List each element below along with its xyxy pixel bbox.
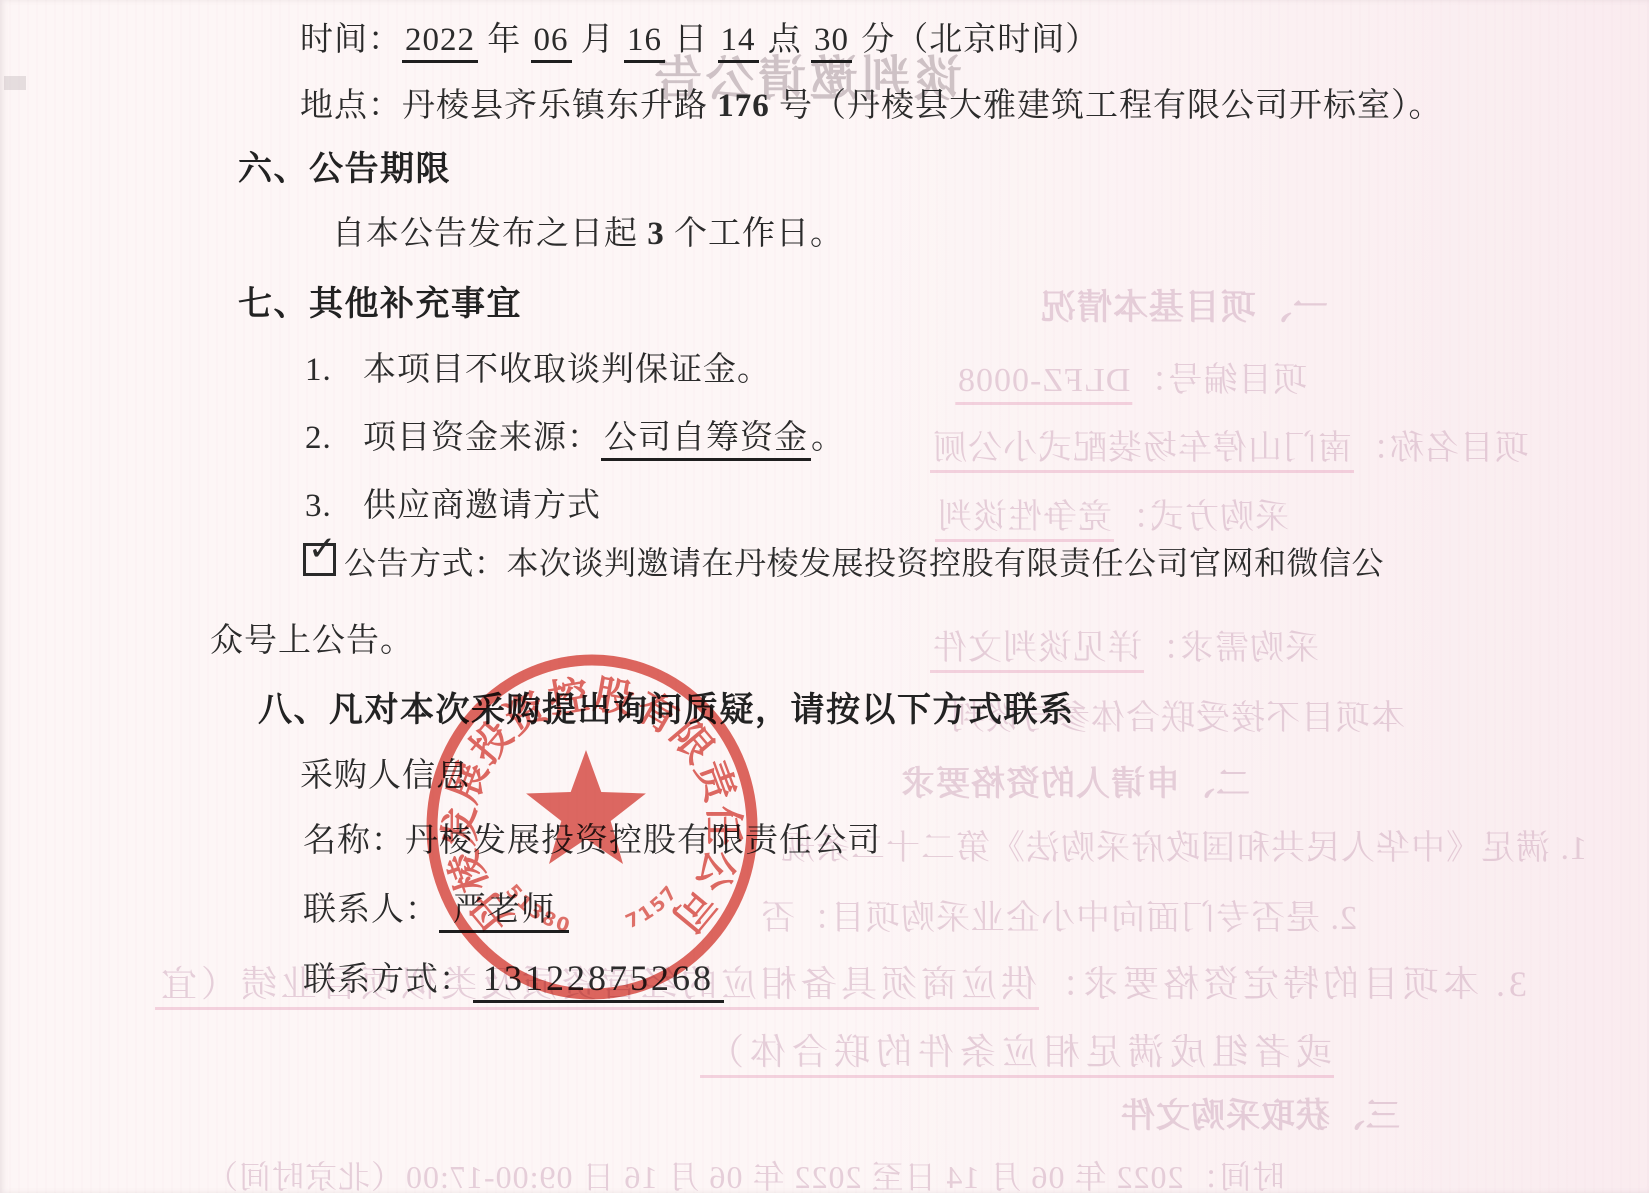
bleed-underlined-text: 南门山停车场装配式小公厕 — [930, 430, 1354, 473]
bleed-text: 一、项目基本情况 — [1040, 288, 1328, 327]
time-minute: 30 — [811, 22, 852, 63]
bleed-text: 三、获取采购文件 — [1120, 1097, 1400, 1135]
seal-serial-right: 7157 — [622, 880, 683, 933]
heading-section-7: 七、其他补充事宜 — [238, 285, 522, 324]
heading-section-8: 八、凡对本次采购提出询问质疑，请按以下方式联系 — [258, 691, 1075, 730]
period-text: 自本公告发布之日起 — [332, 216, 647, 252]
bleed-text: 2. 是否专门面向中小企业采购项目：否 — [760, 900, 1357, 937]
bleed-underlined-text: 详见谈判文件 — [930, 630, 1144, 673]
buyer-name-line: 名称：丹棱发展投资控股有限责任公司 — [303, 823, 881, 861]
item-text: 项目资金来源： — [363, 420, 601, 456]
bleedthrough-row: 三、获取采购文件 — [1120, 1088, 1400, 1137]
bleedthrough-row: 采购需求：详见谈判文件 — [930, 620, 1319, 669]
checked-checkbox-icon: ✓ — [303, 543, 336, 576]
bleed-text: （北京时间） — [205, 1159, 403, 1193]
notice-period-line: 自本公告发布之日起 3 个工作日。 — [332, 216, 844, 254]
time-year: 2022 — [402, 22, 478, 63]
item-number: 1. — [305, 352, 363, 390]
bleedthrough-row: 项目名称：南门山停车场装配式小公厕 — [930, 420, 1529, 469]
bleedthrough-row: 时间：2022 年 06 月 14 日至 2022 年 06 月 16 日 09… — [205, 1152, 1284, 1193]
bleed-underlined-text: DLFZ-0008 — [955, 362, 1132, 405]
bleed-text: 二、申请人的资格要求 — [900, 765, 1250, 803]
time-line: 时间：2022 年 06 月 16 日 14 点 30 分（北京时间） — [300, 22, 1099, 60]
phone-value: 13122875268 — [473, 958, 724, 1003]
period-number: 3 — [647, 216, 665, 252]
scan-artifact — [4, 76, 26, 90]
svg-text:7157: 7157 — [622, 880, 683, 933]
bleed-text: 采购方式： — [1114, 499, 1289, 536]
time-tail: 分（北京时间） — [852, 22, 1099, 58]
bleedthrough-row: 2. 是否专门面向中小企业采购项目：否 — [760, 890, 1357, 939]
contact-person-line: 联系人：严老师 — [303, 892, 569, 930]
contact-phone-line: 联系方式：13122875268 — [303, 958, 724, 1000]
item-number: 2. — [305, 420, 363, 458]
scanned-document-page: 谈判邀请公告 一、项目基本情况 项目编号：DLFZ-0008 项目名称：南门山停… — [0, 0, 1649, 1193]
item-text: 。 — [811, 420, 845, 456]
bleedthrough-row: 二、申请人的资格要求 — [900, 756, 1250, 805]
bleedthrough-row: 项目编号：DLFZ-0008 — [955, 352, 1307, 401]
list-item-3: 3.供应商邀请方式 — [305, 488, 601, 526]
time-day: 16 — [624, 22, 665, 63]
phone-label: 联系方式： — [303, 962, 473, 998]
bleedthrough-row: 或者组成满足相应条件的联合体） — [700, 1024, 1334, 1075]
item-text: 本项目不收取谈判保证金。 — [363, 352, 771, 388]
check-mark: ✓ — [308, 532, 337, 566]
time-label: 时间： — [300, 22, 402, 58]
time-month: 06 — [531, 22, 572, 63]
buyer-info-line: 采购人信息 — [300, 758, 470, 796]
bleed-text: 1. 满足《中华人民共和国政府采购法》第二十二条规 — [780, 830, 1587, 867]
place-number: 176 — [717, 88, 770, 124]
place-text: 号（丹棱县大雅建筑工程有限公司开标室）。 — [770, 88, 1443, 124]
bleed-underlined-text: 2022 年 06 月 14 日至 2022 年 06 月 16 日 09:00… — [403, 1159, 1185, 1193]
time-sep: 年 — [478, 22, 531, 58]
time-sep: 日 — [665, 22, 718, 58]
bleedthrough-row: 一、项目基本情况 — [1040, 280, 1328, 330]
bleed-text: 时间： — [1185, 1159, 1284, 1193]
announce-text: 公告方式：本次谈判邀请在丹棱发展投资控股有限责任公司官网和微信公 — [344, 545, 1384, 581]
place-text: 地点：丹棱县齐乐镇东升路 — [300, 88, 717, 124]
time-sep: 点 — [759, 22, 812, 58]
period-text: 个工作日。 — [665, 216, 844, 252]
list-item-2: 2.项目资金来源：公司自筹资金。 — [305, 420, 845, 458]
bleedthrough-row: 采购方式：竞争性谈判 — [935, 489, 1289, 538]
time-hour: 14 — [718, 22, 759, 63]
funding-source-value: 公司自筹资金 — [601, 420, 811, 461]
bleed-text: 采购需求： — [1144, 630, 1319, 667]
time-sep: 月 — [572, 22, 625, 58]
contact-value: 严老师 — [439, 892, 569, 933]
name-label: 名称： — [303, 823, 405, 859]
announce-continuation-line: 众号上公告。 — [210, 623, 414, 661]
contact-label: 联系人： — [303, 892, 439, 928]
item-text: 供应商邀请方式 — [363, 488, 601, 524]
bleed-text: 项目编号： — [1132, 362, 1307, 399]
heading-section-6: 六、公告期限 — [238, 150, 451, 189]
bleed-underlined-text: 或者组成满足相应条件的联合体） — [700, 1032, 1334, 1078]
name-value: 丹棱发展投资控股有限责任公司 — [405, 823, 881, 859]
list-item-1: 1.本项目不收取谈判保证金。 — [305, 352, 771, 390]
item-number: 3. — [305, 488, 363, 526]
bleed-text: 项目名称： — [1354, 430, 1529, 467]
bleedthrough-row: 1. 满足《中华人民共和国政府采购法》第二十二条规 — [780, 820, 1587, 869]
place-line: 地点：丹棱县齐乐镇东升路 176 号（丹棱县大雅建筑工程有限公司开标室）。 — [300, 88, 1443, 126]
bleed-underlined-text: 竞争性谈判 — [935, 499, 1114, 542]
announce-method-line: ✓公告方式：本次谈判邀请在丹棱发展投资控股有限责任公司官网和微信公 — [303, 543, 1384, 582]
bleed-text: 3. 本项目的特定资格要求： — [1039, 964, 1527, 1004]
